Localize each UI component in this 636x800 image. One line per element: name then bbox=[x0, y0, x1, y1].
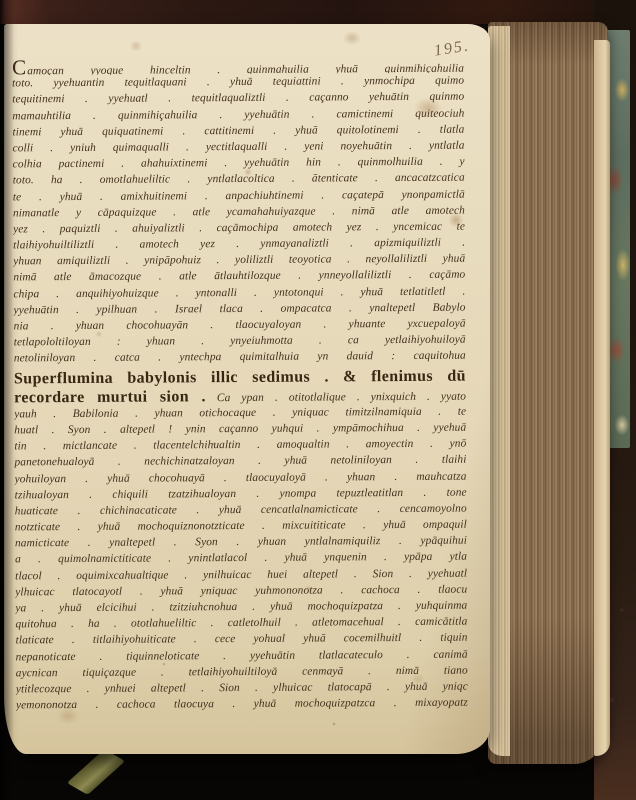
manuscript-text-line: yemononotza . cachoca tlaocuya . yhuā mo… bbox=[16, 695, 468, 714]
latin-quote-segment: recordare murtui sion . bbox=[14, 388, 206, 406]
fore-edge-inner-leaves bbox=[488, 26, 510, 756]
manuscript-photo: 195. Camoçan yyoque hinceltin . quinmahu… bbox=[0, 0, 636, 800]
bookmark-ribbon bbox=[67, 749, 125, 795]
manuscript-text-block: Camoçan yyoque hinceltin . quinmahuilia … bbox=[12, 57, 468, 714]
manuscript-page: 195. Camoçan yyoque hinceltin . quinmahu… bbox=[4, 24, 490, 754]
fore-edge-outer-band bbox=[594, 40, 610, 756]
manuscript-text-line: Superflumina babylonis illic sedimus . &… bbox=[14, 364, 466, 390]
book-cover-top-edge bbox=[0, 0, 636, 24]
